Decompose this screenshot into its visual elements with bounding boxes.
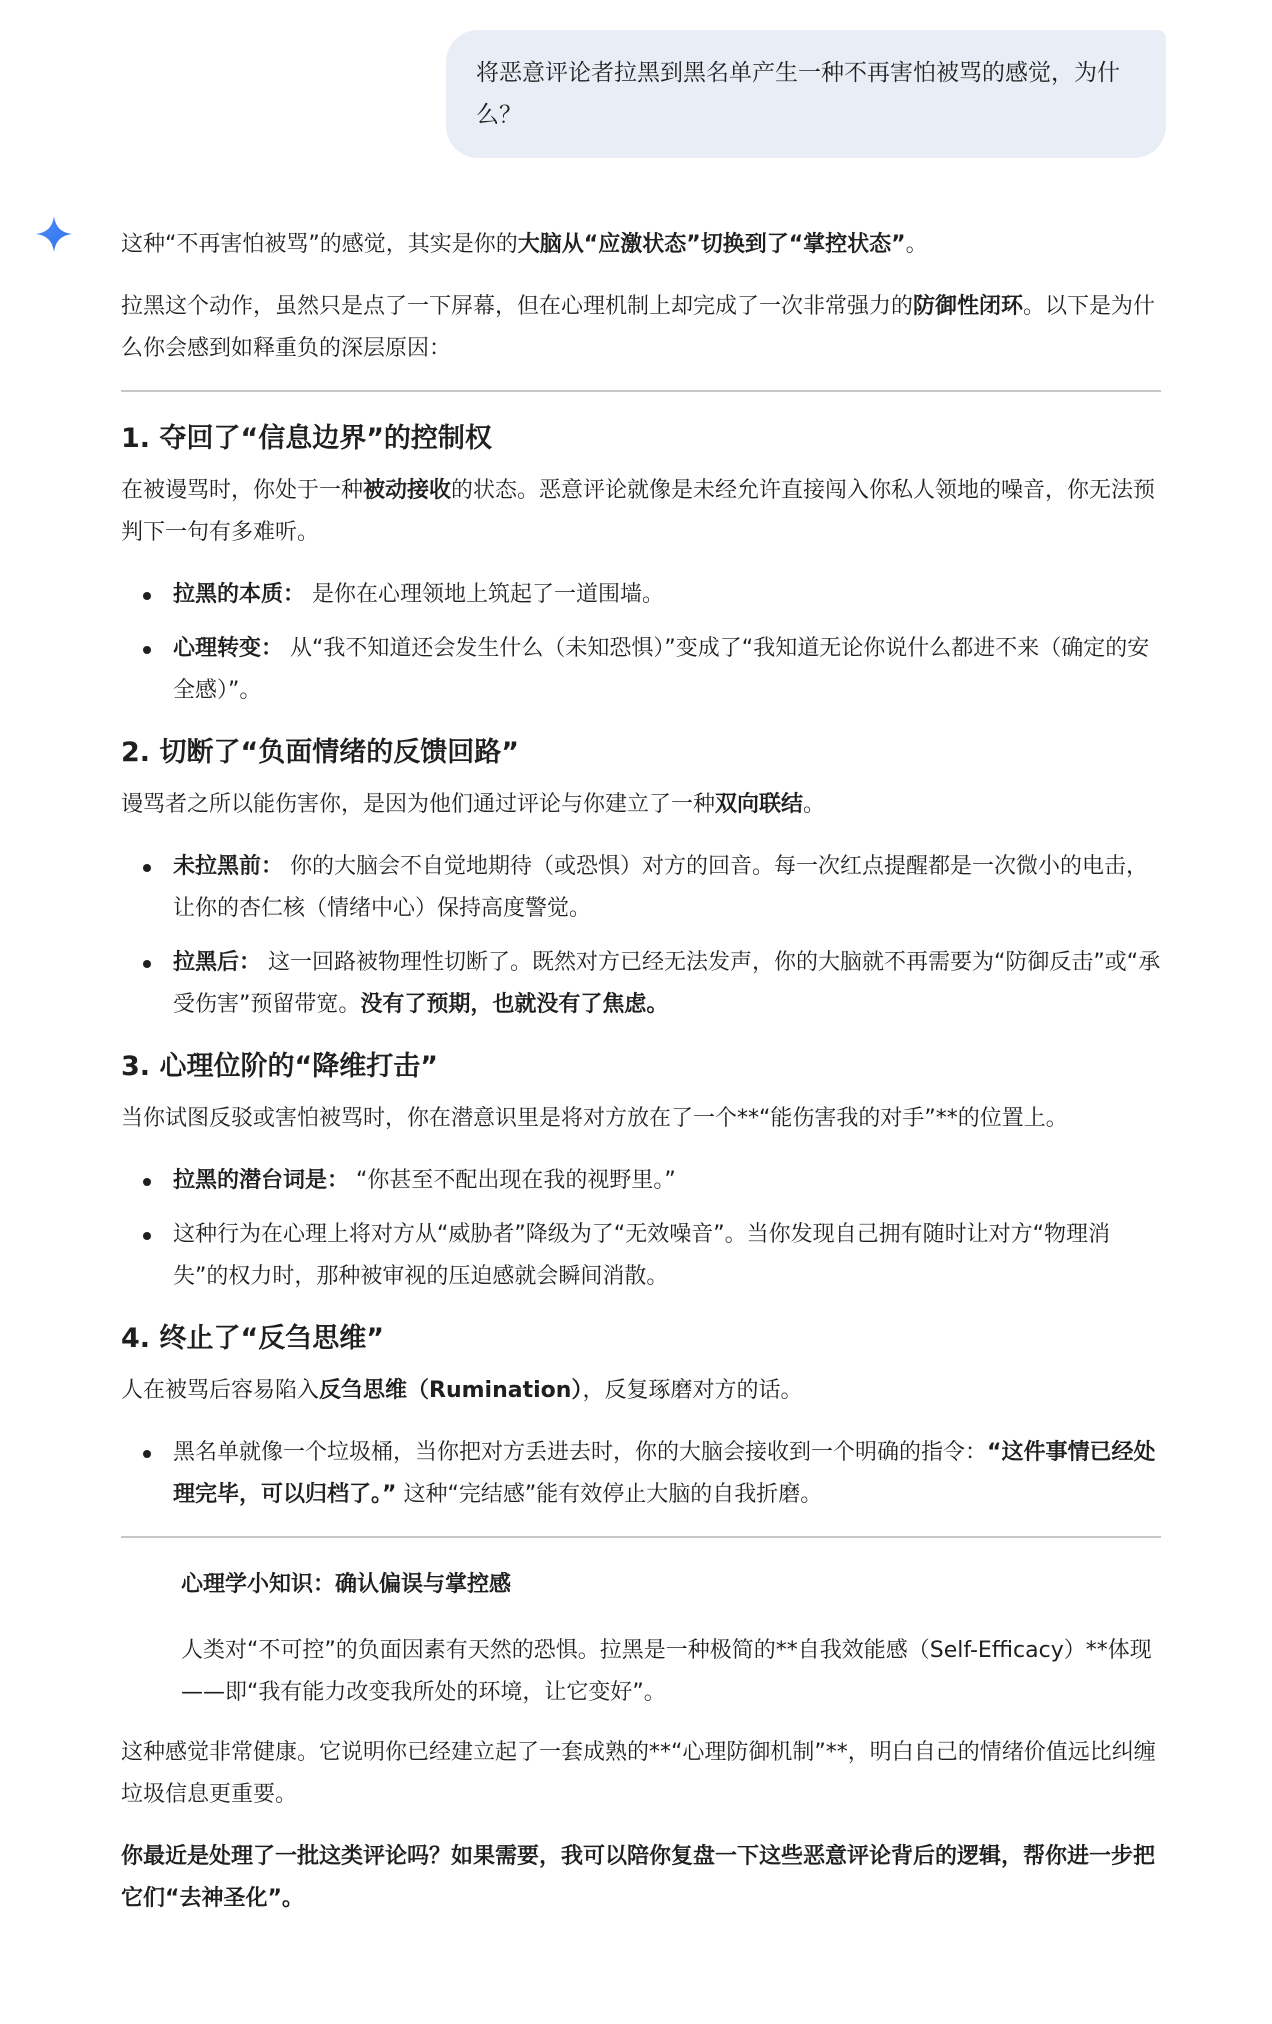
- intro2-text: 拉黑这个动作，虽然只是点了一下屏幕，但在心理机制上却完成了一次非常强力的: [121, 294, 913, 319]
- list-item: 拉黑后： 这一回路被物理性切断了。既然对方已经无法发声，你的大脑就不再需要为“防…: [121, 942, 1161, 1026]
- para-bold: 双向联结: [715, 792, 803, 817]
- list-item: 拉黑的本质： 是你在心理领地上筑起了一道围墙。: [121, 574, 1161, 616]
- bullet-label: 拉黑的本质：: [173, 582, 305, 607]
- bullet-text: 黑名单就像一个垃圾桶，当你把对方丢进去时，你的大脑会接收到一个明确的指令：: [173, 1440, 987, 1465]
- section-3-list: 拉黑的潜台词是： “你甚至不配出现在我的视野里。” 这种行为在心理上将对方从“威…: [121, 1160, 1161, 1298]
- para-text: 当你试图反驳或害怕被骂时，你在潜意识里是将对方放在了一个**“能伤害我的对手”*…: [121, 1106, 1068, 1131]
- gemini-spark-icon: [34, 214, 74, 254]
- bullet-text: 这种行为在心理上将对方从“威胁者”降级为了“无效噪音”。当你发现自己拥有随时让对…: [173, 1222, 1110, 1289]
- bullet-bold-conclusion: 没有了预期，也就没有了焦虑。: [360, 992, 668, 1017]
- para-text: 人在被骂后容易陷入: [121, 1378, 319, 1403]
- intro2-bold: 防御性闭环: [913, 294, 1023, 319]
- psychology-tip-block: 心理学小知识：确认偏误与掌控感 人类对“不可控”的负面因素有天然的恐惧。拉黑是一…: [121, 1564, 1161, 1714]
- tip-body: 人类对“不可控”的负面因素有天然的恐惧。拉黑是一种极简的**自我效能感（Self…: [181, 1630, 1161, 1714]
- section-heading-2: 2. 切断了“负面情绪的反馈回路”: [121, 732, 1161, 774]
- para-text: 谩骂者之所以能伤害你，是因为他们通过评论与你建立了一种: [121, 792, 715, 817]
- closing-paragraph: 这种感觉非常健康。它说明你已经建立起了一套成熟的**“心理防御机制”**，明白自…: [121, 1732, 1161, 1816]
- section-4-paragraph: 人在被骂后容易陷入反刍思维（Rumination），反复琢磨对方的话。: [121, 1370, 1161, 1412]
- section-2-paragraph: 谩骂者之所以能伤害你，是因为他们通过评论与你建立了一种双向联结。: [121, 784, 1161, 826]
- intro-text-end: 。: [906, 232, 928, 257]
- list-item: 这种行为在心理上将对方从“威胁者”降级为了“无效噪音”。当你发现自己拥有随时让对…: [121, 1214, 1161, 1298]
- bullet-label: 拉黑的潜台词是：: [173, 1168, 349, 1193]
- list-item: 拉黑的潜台词是： “你甚至不配出现在我的视野里。”: [121, 1160, 1161, 1202]
- section-3-paragraph: 当你试图反驳或害怕被骂时，你在潜意识里是将对方放在了一个**“能伤害我的对手”*…: [121, 1098, 1161, 1140]
- bullet-text-end: 这种“完结感”能有效停止大脑的自我折磨。: [396, 1482, 822, 1507]
- section-4-list: 黑名单就像一个垃圾桶，当你把对方丢进去时，你的大脑会接收到一个明确的指令：“这件…: [121, 1432, 1161, 1516]
- divider: [121, 1536, 1161, 1538]
- user-message-text: 将恶意评论者拉黑到黑名单产生一种不再害怕被骂的感觉，为什么？: [476, 60, 1120, 128]
- divider: [121, 390, 1161, 392]
- bullet-text: “你甚至不配出现在我的视野里。”: [349, 1168, 676, 1193]
- section-1-list: 拉黑的本质： 是你在心理领地上筑起了一道围墙。 心理转变： 从“我不知道还会发生…: [121, 574, 1161, 712]
- bullet-text: 是你在心理领地上筑起了一道围墙。: [305, 582, 664, 607]
- intro-paragraph: 这种“不再害怕被骂”的感觉，其实是你的大脑从“应激状态”切换到了“掌控状态”。: [121, 224, 1161, 266]
- bullet-text: 你的大脑会不自觉地期待（或恐惧）对方的回音。每一次红点提醒都是一次微小的电击，让…: [173, 854, 1148, 921]
- section-2-list: 未拉黑前： 你的大脑会不自觉地期待（或恐惧）对方的回音。每一次红点提醒都是一次微…: [121, 846, 1161, 1026]
- para-bold: 被动接收: [363, 478, 451, 503]
- list-item: 心理转变： 从“我不知道还会发生什么（未知恐惧）”变成了“我知道无论你说什么都进…: [121, 628, 1161, 712]
- list-item: 黑名单就像一个垃圾桶，当你把对方丢进去时，你的大脑会接收到一个明确的指令：“这件…: [121, 1432, 1161, 1516]
- section-heading-4: 4. 终止了“反刍思维”: [121, 1318, 1161, 1360]
- bullet-text: 从“我不知道还会发生什么（未知恐惧）”变成了“我知道无论你说什么都进不来（确定的…: [173, 636, 1149, 703]
- para-bold: 反刍思维（Rumination）: [319, 1378, 582, 1403]
- intro-bold: 大脑从“应激状态”切换到了“掌控状态”: [518, 232, 906, 257]
- section-1-paragraph: 在被谩骂时，你处于一种被动接收的状态。恶意评论就像是未经允许直接闯入你私人领地的…: [121, 470, 1161, 554]
- intro-text: 这种“不再害怕被骂”的感觉，其实是你的: [121, 232, 518, 257]
- section-heading-3: 3. 心理位阶的“降维打击”: [121, 1046, 1161, 1088]
- list-item: 未拉黑前： 你的大脑会不自觉地期待（或恐惧）对方的回音。每一次红点提醒都是一次微…: [121, 846, 1161, 930]
- para-text-end: 。: [803, 792, 825, 817]
- assistant-response: 这种“不再害怕被骂”的感觉，其实是你的大脑从“应激状态”切换到了“掌控状态”。 …: [121, 224, 1161, 1940]
- bullet-label: 未拉黑前：: [173, 854, 283, 879]
- intro2-paragraph: 拉黑这个动作，虽然只是点了一下屏幕，但在心理机制上却完成了一次非常强力的防御性闭…: [121, 286, 1161, 370]
- tip-title: 心理学小知识：确认偏误与掌控感: [181, 1564, 1161, 1606]
- bullet-label: 心理转变：: [173, 636, 283, 661]
- user-message-bubble: 将恶意评论者拉黑到黑名单产生一种不再害怕被骂的感觉，为什么？: [446, 30, 1166, 158]
- section-heading-1: 1. 夺回了“信息边界”的控制权: [121, 418, 1161, 460]
- para-text: 在被谩骂时，你处于一种: [121, 478, 363, 503]
- followup-text: 你最近是处理了一批这类评论吗？如果需要，我可以陪你复盘一下这些恶意评论背后的逻辑…: [121, 1844, 1155, 1911]
- para-text-end: ，反复琢磨对方的话。: [582, 1378, 802, 1403]
- followup-question: 你最近是处理了一批这类评论吗？如果需要，我可以陪你复盘一下这些恶意评论背后的逻辑…: [121, 1836, 1161, 1920]
- bullet-label: 拉黑后：: [173, 950, 261, 975]
